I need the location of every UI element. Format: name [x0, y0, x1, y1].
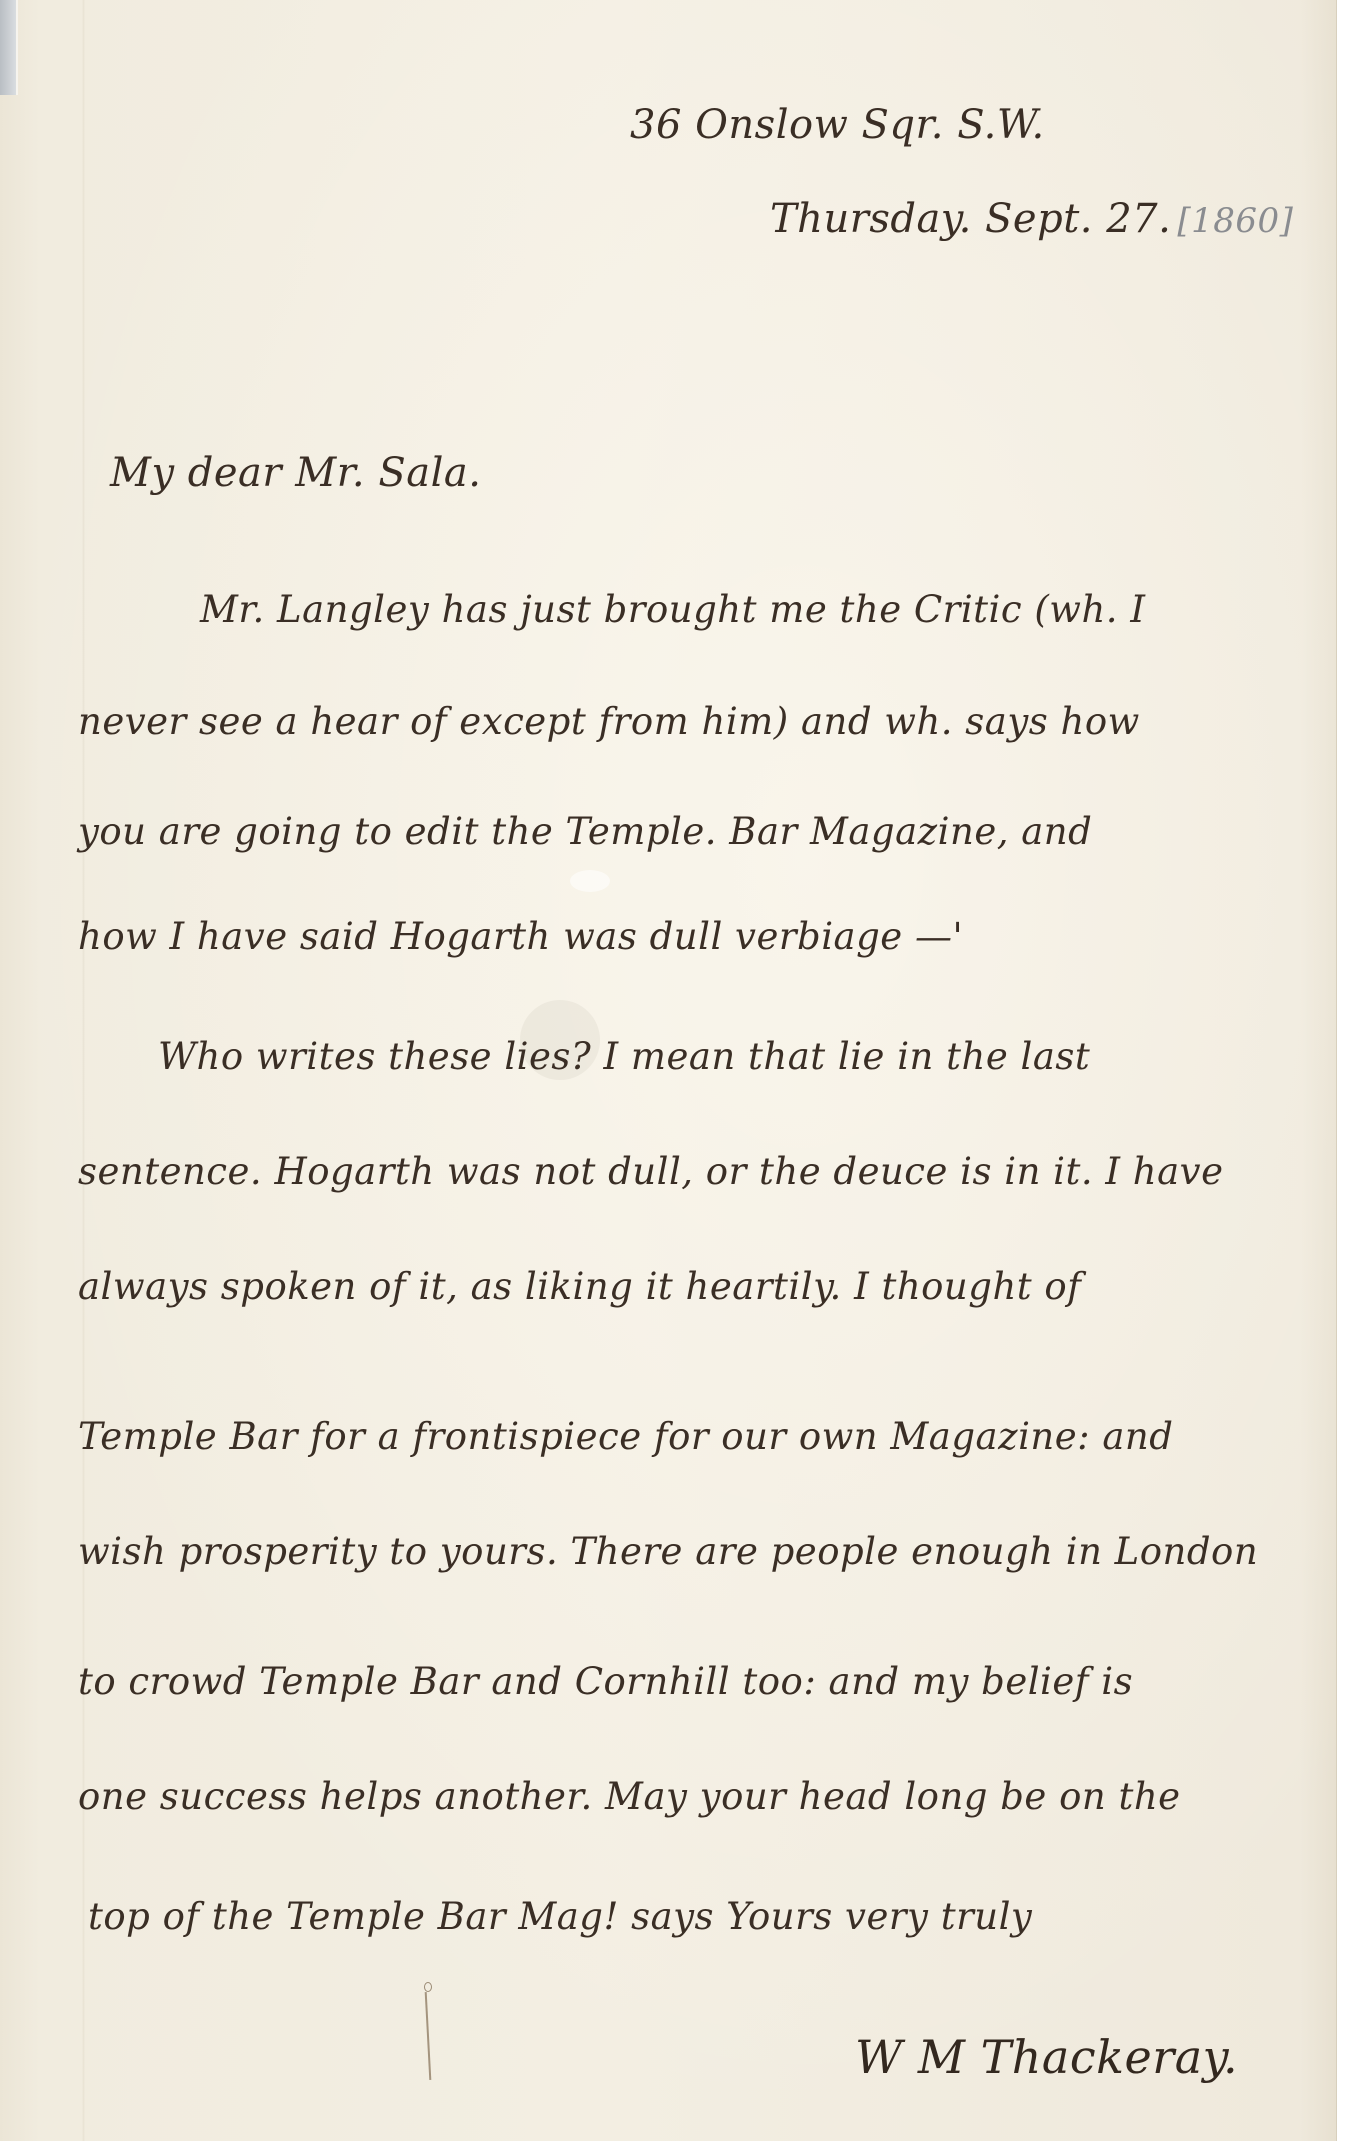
body-line: how I have said Hogarth was dull verbiag… [78, 915, 963, 958]
body-line: sentence. Hogarth was not dull, or the d… [78, 1150, 1223, 1193]
body-line: Temple Bar for a frontispiece for our ow… [78, 1415, 1173, 1458]
closing-line: top of the Temple Bar Mag! says Yours ve… [88, 1895, 1032, 1938]
sender-address: 36 Onslow Sqr. S.W. [630, 102, 1045, 148]
pencil-mark [424, 1982, 430, 2082]
salutation: My dear Mr. Sala. [110, 450, 481, 496]
paper-fold-line [82, 0, 85, 2141]
date-text: Thursday. Sept. 27. [770, 196, 1171, 242]
body-line: never see a hear of except from him) and… [78, 700, 1140, 743]
date-annotation: [1860] [1177, 201, 1293, 241]
body-line: wish prosperity to yours. There are peop… [78, 1530, 1258, 1573]
letter-date: Thursday. Sept. 27.[1860] [770, 196, 1293, 242]
scan-corner-strip [0, 0, 18, 95]
body-line: to crowd Temple Bar and Cornhill too: an… [78, 1660, 1133, 1703]
body-line: Mr. Langley has just brought me the Crit… [200, 588, 1145, 631]
body-line: Who writes these lies? I mean that lie i… [158, 1035, 1090, 1078]
body-line: one success helps another. May your head… [78, 1775, 1181, 1818]
letter-page: 36 Onslow Sqr. S.W. Thursday. Sept. 27.[… [0, 0, 1336, 2141]
body-line: you are going to edit the Temple. Bar Ma… [78, 810, 1092, 853]
signature: W M Thackeray. [855, 2030, 1238, 2084]
body-line: always spoken of it, as liking it hearti… [78, 1265, 1081, 1308]
paper-scuff [570, 870, 610, 892]
